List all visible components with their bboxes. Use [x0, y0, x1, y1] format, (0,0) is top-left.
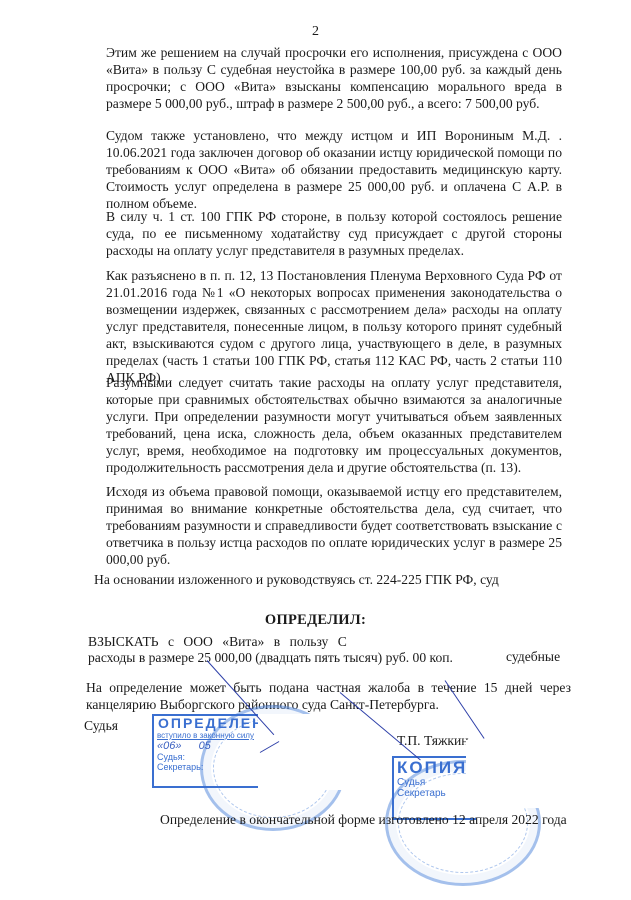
stamp-left-line1: вступило в законную силу: [154, 731, 272, 740]
stamp-entered-force: ОПРЕДЕЛЕНИЕ вступило в законную силу «06…: [152, 714, 274, 788]
paragraph-conclusion: Исходя из объема правовой помощи, оказыв…: [106, 483, 562, 568]
ruling-line-2: расходы в размере 25 000,00 (двадцать пя…: [88, 650, 453, 666]
redaction-patch-right: [466, 740, 576, 808]
judge-name: Т.П. Тяжкин: [397, 733, 469, 749]
appeal-line-1: На определение может быть подана частная…: [86, 680, 571, 696]
footer-date: Определение в окончательной форме изгото…: [160, 812, 567, 828]
paragraph-plenum: Как разъяснено в п. п. 12, 13 Постановле…: [106, 267, 562, 386]
redaction-patch-left: [258, 714, 358, 790]
stamp-left-secretary: Секретарь:: [154, 762, 272, 772]
paragraph-reasonable: Разумными следует считать такие расходы …: [106, 374, 562, 476]
ruling-line-1: ВЗЫСКАТЬ с ООО «Вита» в пользу С: [88, 634, 347, 650]
stamp-copy: КОПИЯ Судья Секретарь: [392, 756, 476, 820]
page-number: 2: [0, 24, 631, 40]
paragraph-basis: На основании изложенного и руководствуяс…: [94, 571, 550, 588]
stamp-right-secretary: Секретарь: [394, 788, 476, 799]
stamp-left-judge: Судья:: [154, 752, 272, 762]
judge-label: Судья: [84, 718, 118, 734]
ruling-heading: ОПРЕДЕЛИЛ:: [0, 612, 631, 629]
stamp-left-title: ОПРЕДЕЛЕНИЕ: [154, 716, 272, 731]
stamp-right-judge: Судья: [394, 777, 476, 788]
ruling-line-1-end: судебные: [506, 649, 560, 665]
stamp-right-title: КОПИЯ: [394, 758, 476, 777]
paragraph-contract: Судом также установлено, что между истцо…: [106, 127, 562, 212]
paragraph-article-100: В силу ч. 1 ст. 100 ГПК РФ стороне, в по…: [106, 208, 562, 259]
paragraph-penalty: Этим же решением на случай просрочки его…: [106, 44, 562, 112]
stamp-left-day: 06: [163, 740, 175, 752]
stamp-left-month: 05: [199, 740, 211, 752]
document-page: 2 Этим же решением на случай просрочки е…: [0, 0, 631, 900]
